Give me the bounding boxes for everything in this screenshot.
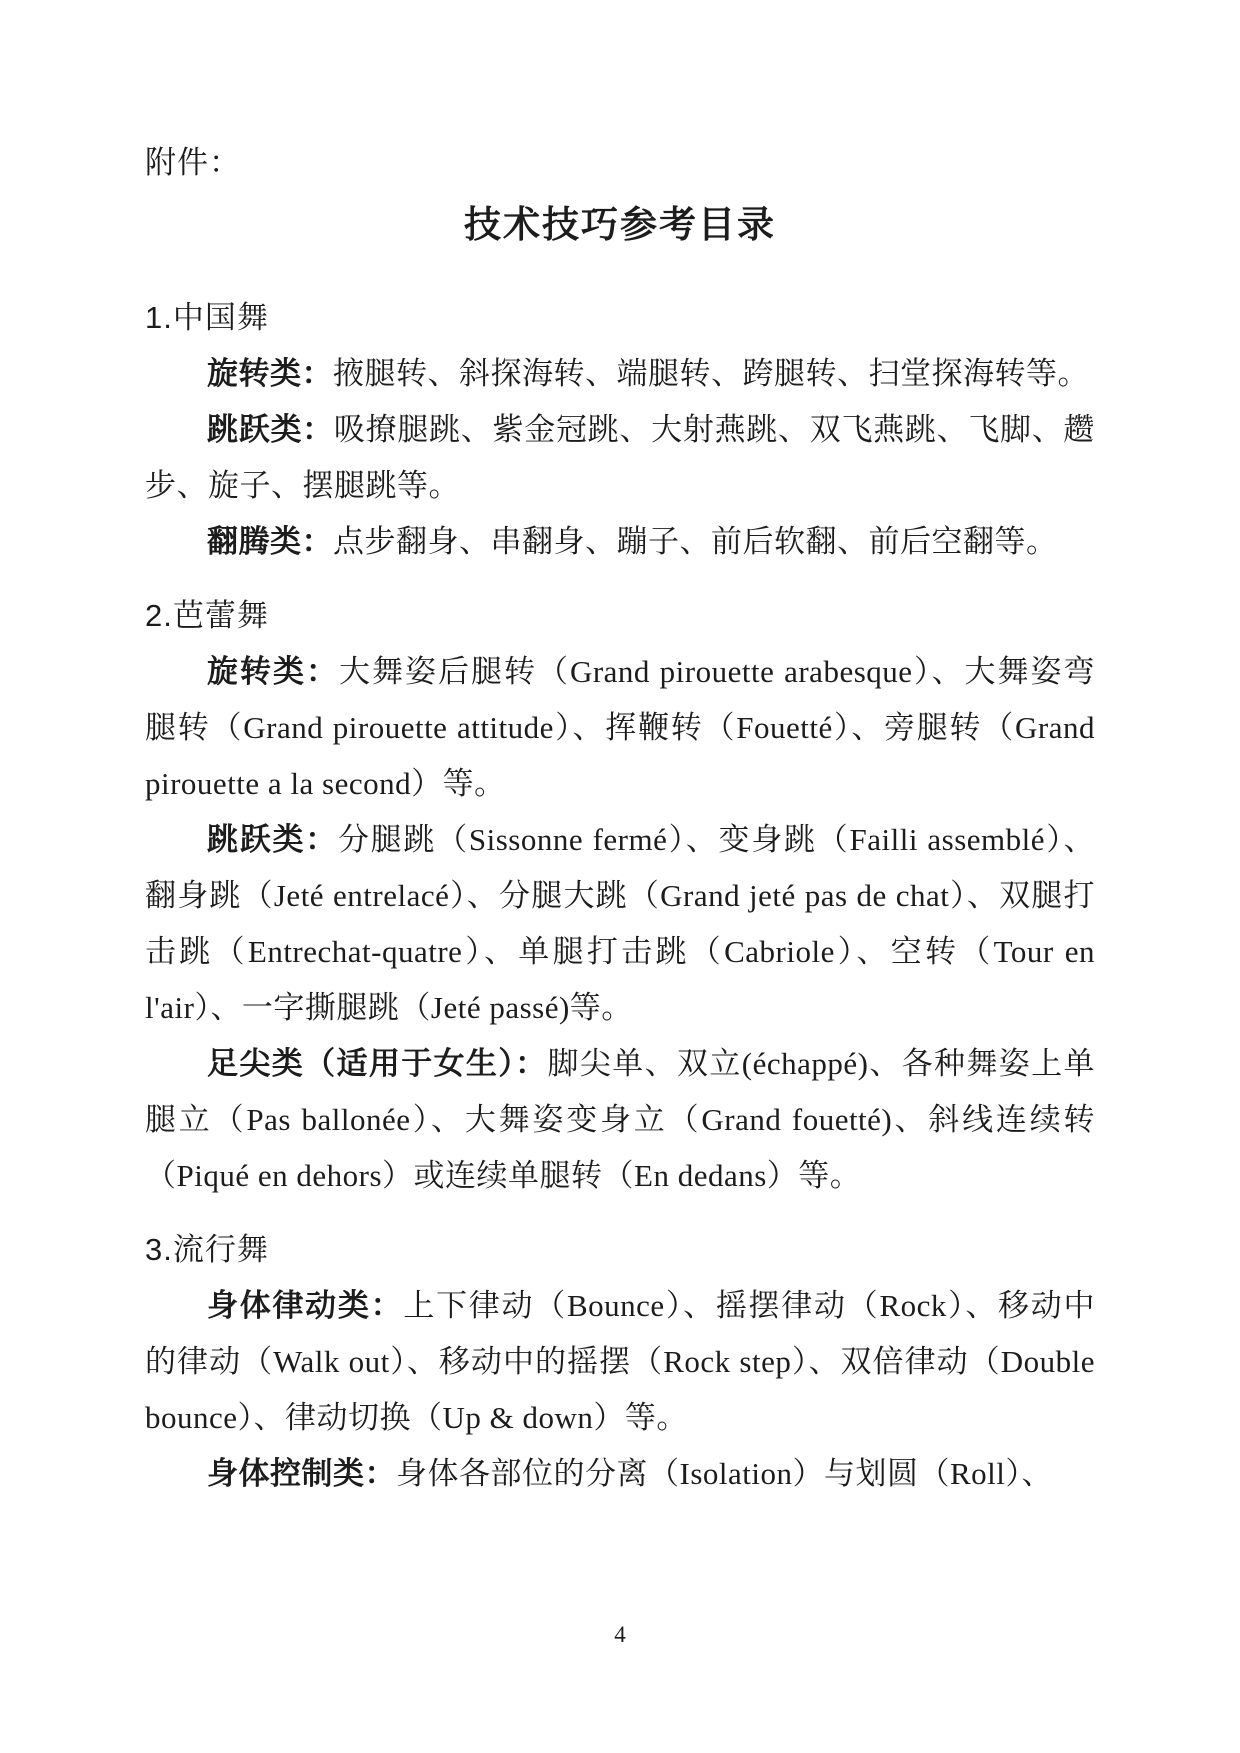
- category-paragraph: 旋转类：大舞姿后腿转（Grand pirouette arabesque）、大舞…: [145, 644, 1095, 812]
- section-ballet: 2.芭蕾舞 旋转类：大舞姿后腿转（Grand pirouette arabesq…: [145, 588, 1095, 1204]
- attachment-label: 附件：: [145, 140, 1095, 186]
- document-page: 附件： 技术技巧参考目录 1.中国舞 旋转类：掖腿转、斜探海转、端腿转、跨腿转、…: [0, 0, 1240, 1753]
- category-paragraph: 旋转类：掖腿转、斜探海转、端腿转、跨腿转、扫堂探海转等。: [145, 346, 1095, 402]
- category-text: 掖腿转、斜探海转、端腿转、跨腿转、扫堂探海转等。: [333, 356, 1089, 391]
- category-paragraph: 身体律动类：上下律动（Bounce）、摇摆律动（Rock）、移动中的律动（Wal…: [145, 1278, 1095, 1446]
- category-paragraph: 身体控制类：身体各部位的分离（Isolation）与划圆（Roll）、: [145, 1446, 1095, 1502]
- category-label: 翻腾类：: [207, 524, 333, 559]
- category-paragraph: 翻腾类：点步翻身、串翻身、蹦子、前后软翻、前后空翻等。: [145, 514, 1095, 570]
- section-chinese-dance: 1.中国舞 旋转类：掖腿转、斜探海转、端腿转、跨腿转、扫堂探海转等。 跳跃类：吸…: [145, 290, 1095, 570]
- document-title: 技术技巧参考目录: [145, 202, 1095, 250]
- category-paragraph: 足尖类（适用于女生）：脚尖单、双立(échappé)、各种舞姿上单腿立（Pas …: [145, 1036, 1095, 1204]
- category-paragraph: 跳跃类：吸撩腿跳、紫金冠跳、大射燕跳、双飞燕跳、飞脚、趱步、旋子、摆腿跳等。: [145, 402, 1095, 514]
- category-label: 身体律动类：: [207, 1288, 403, 1323]
- category-paragraph: 跳跃类：分腿跳（Sissonne fermé）、变身跳（Failli assem…: [145, 812, 1095, 1036]
- section-heading: 2.芭蕾舞: [145, 588, 1095, 644]
- category-label: 跳跃类：: [207, 412, 334, 447]
- category-label: 旋转类：: [207, 654, 339, 689]
- section-heading: 3.流行舞: [145, 1222, 1095, 1278]
- category-text: 点步翻身、串翻身、蹦子、前后软翻、前后空翻等。: [333, 524, 1058, 559]
- section-heading: 1.中国舞: [145, 290, 1095, 346]
- section-pop-dance: 3.流行舞 身体律动类：上下律动（Bounce）、摇摆律动（Rock）、移动中的…: [145, 1222, 1095, 1502]
- category-label: 旋转类：: [207, 356, 333, 391]
- category-text: 身体各部位的分离（Isolation）与划圆（Roll）、: [396, 1456, 1053, 1491]
- category-label: 跳跃类：: [207, 822, 338, 857]
- page-number: 4: [0, 1620, 1240, 1650]
- category-label: 足尖类（适用于女生）：: [207, 1046, 548, 1081]
- document-content: 附件： 技术技巧参考目录 1.中国舞 旋转类：掖腿转、斜探海转、端腿转、跨腿转、…: [145, 140, 1095, 1502]
- category-label: 身体控制类：: [207, 1456, 396, 1491]
